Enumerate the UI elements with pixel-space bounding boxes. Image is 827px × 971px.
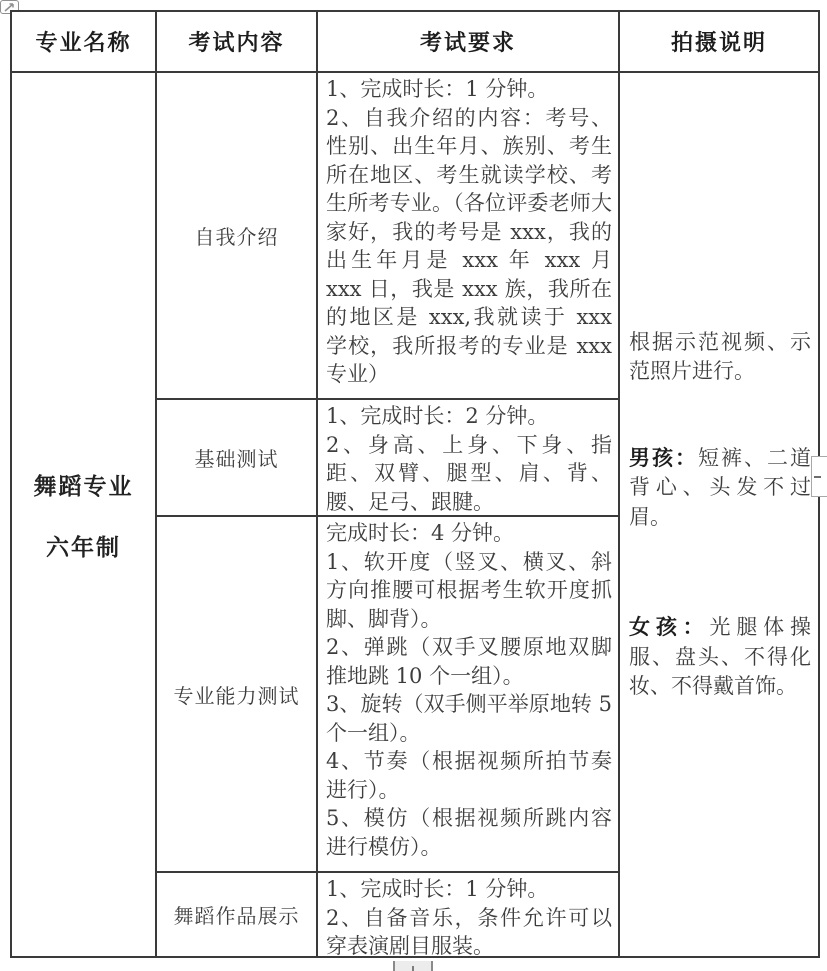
table-row: 自我介绍 1、完成时长：1 分钟。 2、自我介绍的内容：考号、性别、出生年月、族…	[157, 73, 620, 400]
major-name-text: 舞蹈专业	[34, 468, 134, 501]
table-body: 舞蹈专业 六年制 自我介绍 1、完成时长：1 分钟。 2、自我介绍的内容：考号、…	[12, 73, 820, 958]
scrollbar-button-dash	[814, 476, 821, 478]
page-widget-mark	[412, 966, 414, 971]
shooting-girl-note: 女孩：光腿体操服、盘头、不得化妆、不得戴首饰。	[629, 612, 811, 702]
scrollbar-button[interactable]	[811, 456, 827, 497]
page-widget[interactable]	[393, 961, 433, 971]
major-name-cell: 舞蹈专业 六年制	[12, 73, 157, 958]
boy-label: 男孩：	[629, 445, 698, 470]
header-major-name: 专业名称	[12, 12, 157, 73]
header-exam-requirements: 考试要求	[318, 12, 620, 73]
shooting-boy-note: 男孩：短裤、二道背心、头发不过眉。	[629, 443, 811, 533]
exam-content-self-introduction: 自我介绍	[157, 73, 318, 400]
shooting-general-note: 根据示范视频、示范照片进行。	[629, 328, 811, 387]
shooting-instructions-cell: 根据示范视频、示范照片进行。 男孩：短裤、二道背心、头发不过眉。 女孩：光腿体操…	[620, 73, 820, 958]
table-row: 基础测试 1、完成时长：2 分钟。 2、身高、上身、下身、指距、双臂、腿型、肩、…	[157, 400, 620, 517]
exam-requirements-basic-test: 1、完成时长：2 分钟。 2、身高、上身、下身、指距、双臂、腿型、肩、背、腰、足…	[318, 400, 620, 517]
exam-rows: 自我介绍 1、完成时长：1 分钟。 2、自我介绍的内容：考号、性别、出生年月、族…	[157, 73, 620, 958]
major-duration-text: 六年制	[46, 529, 121, 562]
header-exam-content: 考试内容	[157, 12, 318, 73]
exam-content-dance-work: 舞蹈作品展示	[157, 873, 318, 958]
header-shooting-instructions: 拍摄说明	[620, 12, 820, 73]
table-header-row: 专业名称 考试内容 考试要求 拍摄说明	[12, 12, 820, 73]
exam-requirements-dance-work: 1、完成时长：1 分钟。 2、自备音乐，条件允许可以穿表演剧目服装。	[318, 873, 620, 958]
table-row: 专业能力测试 完成时长：4 分钟。 1、软开度（竖叉、横叉、斜方向推腰可根据考生…	[157, 517, 620, 873]
table-row: 舞蹈作品展示 1、完成时长：1 分钟。 2、自备音乐，条件允许可以穿表演剧目服装…	[157, 873, 620, 958]
girl-label: 女孩：	[629, 614, 710, 639]
exam-requirements-table: 专业名称 考试内容 考试要求 拍摄说明 舞蹈专业 六年制 自我介绍 1、完成时长…	[10, 10, 820, 958]
exam-requirements-self-introduction: 1、完成时长：1 分钟。 2、自我介绍的内容：考号、性别、出生年月、族别、考生所…	[318, 73, 620, 400]
exam-requirements-ability-test: 完成时长：4 分钟。 1、软开度（竖叉、横叉、斜方向推腰可根据考生软开度抓脚、脚…	[318, 517, 620, 873]
exam-content-ability-test: 专业能力测试	[157, 517, 318, 873]
exam-content-basic-test: 基础测试	[157, 400, 318, 517]
